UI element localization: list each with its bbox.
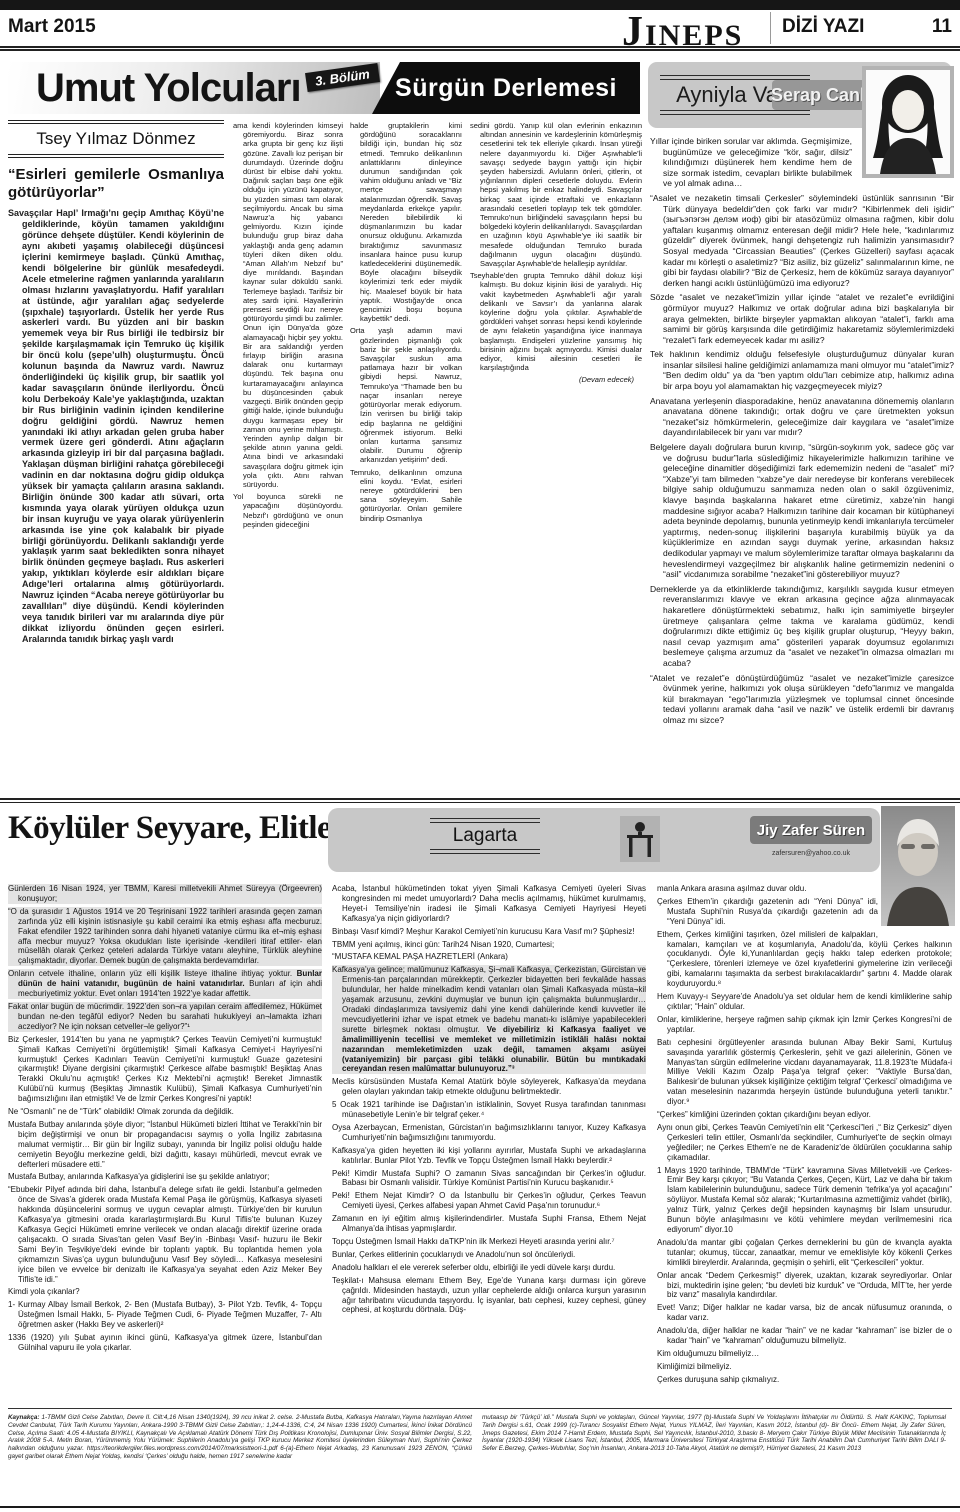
text-segment: Tseyhable’den grupta Temruko dâhil dokuz… — [470, 271, 642, 372]
paragraph: Günlerden 16 Nisan 1924, yer TBMM, Kares… — [8, 884, 322, 904]
paragraph: Batı cephesini örgütleyenler arasında bu… — [657, 1038, 952, 1107]
paragraph: Bunlar, Çerkes elitlerinin çocuklarıydı … — [332, 1250, 646, 1260]
paragraph: 1 Mayıs 1920 tarihinde, TBMM’de “Türk” k… — [657, 1166, 952, 1235]
lead-heading: “Esirleri gemilerle Osmanlıya götürüyorl… — [8, 166, 224, 201]
paragraph: Zamanın en iyi eğitim almış kişilerinden… — [332, 1214, 646, 1234]
text-segment: Kim olduğumuzu bilmeliyiz… — [657, 1349, 759, 1358]
paragraph: Fakat onlar bugün de mücrimdir. 1922’den… — [8, 1002, 322, 1032]
paragraph: “O da şurasıdır 1 Ağustos 1914 ve 20 Teş… — [8, 907, 322, 966]
photo-wrap-spacer — [878, 884, 952, 930]
text-segment: 5 Ocak 1921 tarihinde ise Dağıstan’ın is… — [332, 1100, 646, 1119]
paragraph: 5 Ocak 1921 tarihinde ise Dağıstan’ın is… — [332, 1100, 646, 1120]
text-segment: Teşkilat-ı Mahsusa elemanı Ethem Bey, Eg… — [332, 1276, 646, 1315]
text-segment: Onlar, kimliklerine, herşeye rağmen sahi… — [657, 1015, 952, 1034]
text-segment: Temruko, delikanlının omzuna elini koydu… — [350, 468, 462, 523]
text-segment: Batı cephesini örgütleyenler arasında bu… — [657, 1038, 952, 1106]
text-segment: (Devam edecek) — [579, 375, 634, 384]
paragraph: Temruko, delikanlının omzuna elini koydu… — [350, 468, 462, 523]
text-segment: Evet! Varız; Diğer halklar ne kadar vars… — [657, 1303, 952, 1322]
text-segment: mutaasıp bir ‘Türkçü’ idi.” Mustafa Suph… — [482, 1414, 946, 1452]
paragraph: sedini gördü. Yanıp kül olan evlerinin e… — [470, 121, 642, 268]
text-segment: Kimdi yola çıkanlar? — [8, 1287, 80, 1296]
series-badge-block: Lagarta — [430, 818, 540, 854]
sidebar-paragraphs: Yıllar içinde biriken sorular var aklımd… — [650, 136, 954, 725]
paragraph: Mustafa Butbay anılarında şöyle diyor; “… — [8, 1120, 322, 1170]
double-rule — [430, 849, 540, 854]
lead-body: Savaşçılar Hapl’ Irmağı’nı geçip Amıthaç… — [8, 208, 224, 644]
text-segment: Hem Kuvayy-ı Seyyare’de Anadolu’ya set o… — [657, 992, 952, 1011]
text-segment: Çerkes duruşuna sahip çıkmalıyız. — [657, 1375, 779, 1384]
text-segment: 1 Mayıs 1920 tarihinde, TBMM’de “Türk” k… — [657, 1166, 952, 1234]
paragraph: Kimliğimizi bilmeliyiz. — [657, 1362, 952, 1372]
lagarta-icon — [620, 816, 660, 862]
text-segment: Sözde “asalet ve nezaket”imizin yıllar i… — [650, 292, 954, 344]
paragraph: “Asalet ve nezaketin timsali Çerkesler” … — [650, 193, 954, 288]
header-divider — [770, 12, 771, 44]
text-segment: Anadolu’da, diğer halklar ne kadar “hain… — [657, 1326, 952, 1345]
text-segment: 1336 (1920) yılı Şubat ayının ikinci gün… — [8, 1333, 322, 1352]
paragraph: halde gruptakilerin kimi gördüğünü sorac… — [350, 121, 462, 323]
paragraph: Kim olduğumuzu bilmeliyiz… — [657, 1349, 952, 1359]
paragraph: “MUSTAFA KEMAL PAŞA HAZRETLERİ (Ankara) — [332, 952, 646, 962]
text-segment: Kafkasya’ya gelince; malûmunuz Kafkasya,… — [332, 965, 646, 1033]
paragraph: “Ebubekir Pilyef adında biri daha, İstan… — [8, 1185, 322, 1284]
text-segment: Derneklerde ya da etkinliklerde takındığ… — [650, 584, 954, 668]
paragraph: Tek haklının kendimiz olduğu felsefesiyl… — [650, 349, 954, 391]
feature-banner: Sürgün Derlemesi — [372, 62, 640, 114]
paragraph: Sözde “asalet ve nezaket”imizin yıllar i… — [650, 292, 954, 345]
paragraph: Yol boyunca sürekli ne yapacağını düşünü… — [233, 492, 343, 529]
paragraph: 1- Kurmay Albay İsmail Berkok, 2- Ben (M… — [8, 1300, 322, 1330]
paragraph: Teşkilat-ı Mahsusa elemanı Ethem Bey, Eg… — [332, 1276, 646, 1316]
text-segment: Çerkes Ethem’in çıkardığı gazetenin adı … — [657, 897, 878, 926]
article-column-2: ama kendi köylerinden kimseyi göremiyord… — [233, 121, 343, 809]
text-segment: Zamanın en iyi eğitim almış kişilerinden… — [332, 1214, 646, 1233]
text-segment: Oysa Azerbaycan, Ermenistan, Gürcistan’ı… — [332, 1123, 646, 1142]
text-segment: Ethem, Çerkes kimliğini taşırken, özel m… — [657, 930, 952, 989]
text-segment: Kafkasya’ya giden heyetten iki kişi yoll… — [332, 1146, 646, 1165]
feature-banner-label: Sürgün Derlemesi — [395, 74, 617, 103]
text-segment: Orta yaşlı adamın mavi gözlerinden pişma… — [350, 326, 462, 464]
text-segment: Belgelere dayalı doğrulara burun kıvırıp… — [650, 442, 954, 579]
text-segment: manla Ankara arasına aşılmaz duvar oldu. — [657, 884, 806, 893]
text-segment: Aynı onun gibi, Çerkes Teavün Cemiyeti’n… — [657, 1123, 952, 1162]
text-segment: “O da şurasıdır 1 Ağustos 1914 ve 20 Teş… — [8, 907, 322, 966]
footnotes-right: mutaasıp bir ‘Türkçü’ idi.” Mustafa Suph… — [482, 1414, 946, 1456]
paragraph: Onlar ancak “Dedem Çerkesmiş!” diyerek, … — [657, 1271, 952, 1301]
paragraph: Anavatana yerleşenin diasporadakine, hen… — [650, 396, 954, 438]
header-rule — [0, 46, 960, 51]
top-rule-bar — [0, 0, 960, 10]
paragraph: mutaasıp bir ‘Türkçü’ idi.” Mustafa Suph… — [482, 1414, 946, 1453]
paragraph: Binbaşı Vasıf kimdi? Meşhur Karakol Cemi… — [332, 927, 646, 937]
paragraph: Biz Çerkesler, 1914’ten bu yana ne yapmı… — [8, 1035, 322, 1104]
text-segment: Günlerden 16 Nisan 1924, yer TBMM, Kares… — [8, 884, 322, 903]
text-segment: Anadolu halkları el ele vererek seferber… — [332, 1263, 615, 1272]
text-segment: Meclis kürsüsünden Mustafa Kemal Atatürk… — [332, 1077, 646, 1096]
feature-title: Umut Yolcuları — [8, 66, 301, 111]
paragraph: Onların cetvele ithaline, onların yüz el… — [8, 969, 322, 999]
text-segment: “Ebubekir Pilyef adında biri daha, İstan… — [8, 1185, 322, 1283]
article-column-3: halde gruptakilerin kimi gördüğünü sorac… — [350, 121, 462, 809]
author-email: zafersuren@yahoo.co.uk — [750, 850, 872, 857]
paragraph: Topçu Üsteğmen İsmail Hakkı daTKP’nin il… — [332, 1237, 646, 1247]
bottom-column-2: Acaba, İstanbul hükümetinden tokat yiyen… — [332, 884, 646, 1404]
sidebar-column: Yıllar içinde biriken sorular var aklımd… — [650, 136, 954, 796]
paragraph: Onlar, kimliklerine, herşeye rağmen sahi… — [657, 1015, 952, 1035]
text-segment: Tek haklının kendimiz olduğu felsefesiyl… — [650, 349, 954, 391]
paragraph: Oysa Azerbaycan, Ermenistan, Gürcistan’ı… — [332, 1123, 646, 1143]
page-number: 11 — [932, 16, 952, 38]
text-segment: Topçu Üsteğmen İsmail Hakkı daTKP’nin il… — [332, 1237, 615, 1246]
bottom-column-3-paragraphs: manla Ankara arasına aşılmaz duvar oldu.… — [657, 884, 952, 1385]
paragraph: Meclis kürsüsünden Mustafa Kemal Atatürk… — [332, 1077, 646, 1097]
paragraph: Anadolu halkları el ele vererek seferber… — [332, 1263, 646, 1273]
paragraph: TBMM yeni açılmış, ikinci gün: Tarih24 N… — [332, 940, 646, 950]
text-segment: “MUSTAFA KEMAL PAŞA HAZRETLERİ (Ankara) — [332, 952, 508, 961]
paragraph: Derneklerde ya da etkinliklerde takındığ… — [650, 584, 954, 669]
double-rule — [660, 110, 810, 115]
text-segment: Kimliğimizi bilmeliyiz. — [657, 1362, 732, 1371]
paragraph: “Çerkes” kimliğini üzerinden çoktan çıka… — [657, 1110, 952, 1120]
text-segment: Biz Çerkesler, 1914’ten bu yana ne yapmı… — [8, 1035, 322, 1103]
text-segment: Kaynakça: — [8, 1414, 42, 1421]
paragraph: Savaşçılar Hapl’ Irmağı’nı geçip Amıthaç… — [8, 208, 224, 644]
paragraph: Hem Kuvayy-ı Seyyare’de Anadolu’ya set o… — [657, 992, 952, 1012]
text-segment: Peki! Ethem Nejat Kimdir? O da İstanbull… — [332, 1191, 646, 1210]
newspaper-page: Mart 2015 JINEPS DİZİ YAZI 11 Umut Yolcu… — [0, 0, 960, 1512]
text-segment: 1-TBMM Gizli Celse Zabıtları, Devre II. … — [8, 1414, 472, 1460]
paragraph: Kafkasya’ya giden heyetten iki kişi yoll… — [332, 1146, 646, 1166]
text-segment: Fakat onlar bugün de mücrimdir. 1922’den… — [8, 1002, 322, 1031]
text-segment: Anavatana yerleşenin diasporadakine, hen… — [650, 396, 954, 438]
paragraph: Ne “Osmanlı” ne de “Türk” olabildik! Olm… — [8, 1107, 322, 1117]
bottom-column-3: manla Ankara arasına aşılmaz duvar oldu.… — [657, 884, 952, 1404]
paragraph: Evet! Varız; Diğer halklar ne kadar vars… — [657, 1303, 952, 1323]
text-segment: Mustafa Butbay anılarında şöyle diyor; “… — [8, 1120, 322, 1169]
bottom-author-badge: Jiy Zafer Süren — [750, 816, 872, 844]
paragraph: 1336 (1920) yılı Şubat ayının ikinci gün… — [8, 1333, 322, 1353]
section-label: DİZİ YAZI — [782, 16, 864, 38]
text-segment: 1- Kurmay Albay İsmail Berkok, 2- Ben (M… — [8, 1300, 322, 1329]
article-author: Tsey Yılmaz Dönmez — [8, 120, 224, 158]
paragraph: Orta yaşlı adamın mavi gözlerinden pişma… — [350, 326, 462, 464]
paragraph: (Devam edecek) — [470, 375, 642, 384]
text-segment: Ne “Osmanlı” ne de “Türk” olabildik! Olm… — [8, 1107, 234, 1116]
text-segment: Yıllar içinde biriken sorular var aklımd… — [650, 136, 852, 188]
paragraph: Anadolu’da mantar gibi çoğalan Çerkes de… — [657, 1238, 952, 1268]
issue-date: Mart 2015 — [8, 16, 96, 38]
footnotes-left: Kaynakça: 1-TBMM Gizli Celse Zabıtları, … — [8, 1414, 472, 1464]
section-divider-rule — [0, 798, 960, 803]
paragraph: Peki! Ethem Nejat Kimdir? O da İstanbull… — [332, 1191, 646, 1211]
text-segment: ama kendi köylerinden kimseyi göremiyord… — [233, 121, 343, 489]
text-segment: “Asalet ve nezaketin timsali Çerkesler” … — [650, 193, 954, 288]
text-segment: Acaba, İstanbul hükümetinden tokat yiyen… — [332, 884, 646, 923]
text-segment: “Çerkes” kimliğini üzerinden çoktan çıka… — [657, 1110, 871, 1119]
text-segment: TBMM yeni açılmış, ikinci gün: Tarih24 N… — [332, 940, 554, 949]
text-segment: sedini gördü. Yanıp kül olan evlerinin e… — [470, 121, 642, 268]
text-segment: Savaşçılar Hapl’ Irmağı’nı geçip Amıthaç… — [8, 208, 224, 643]
paragraph: Belgelere dayalı doğrulara burun kıvırıp… — [650, 442, 954, 580]
text-segment: Mustafa Butbay, anılarında Kafkasya’ya g… — [8, 1172, 269, 1181]
bottom-column-1: Günlerden 16 Nisan 1924, yer TBMM, Kares… — [8, 884, 322, 1404]
paragraph: Kimdi yola çıkanlar? — [8, 1287, 322, 1297]
paragraph: Anadolu’da, diğer halklar ne kadar “hain… — [657, 1326, 952, 1346]
article-column-4: sedini gördü. Yanıp kül olan evlerinin e… — [470, 121, 642, 809]
text-segment: “Atalet ve rezalet”e dönüştürdüğümüz “as… — [650, 673, 954, 725]
paragraph: Ethem, Çerkes kimliğini taşırken, özel m… — [657, 930, 952, 989]
paragraph: “Atalet ve rezalet”e dönüştürdüğümüz “as… — [650, 673, 954, 726]
paragraph: Tseyhable’den grupta Temruko dâhil dokuz… — [470, 271, 642, 372]
paragraph: ama kendi köylerinden kimseyi göremiyord… — [233, 121, 343, 489]
article-intro-column: Tsey Yılmaz Dönmez “Esirleri gemilerle O… — [8, 120, 224, 808]
text-segment: Bunlar, Çerkes elitlerinin çocuklarıydı … — [332, 1250, 575, 1259]
paragraph: Kafkasya’ya gelince; malûmunuz Kafkasya,… — [332, 965, 646, 1074]
text-segment: Yol boyunca sürekli ne yapacağını düşünü… — [233, 492, 343, 529]
paragraph: Kaynakça: 1-TBMM Gizli Celse Zabıtları, … — [8, 1414, 472, 1461]
series-badge: Lagarta — [430, 823, 540, 849]
page-bottom-rule — [0, 1506, 960, 1508]
text-segment: Peki! Kimdir Mustafa Suphi? O zamanın Si… — [332, 1169, 646, 1188]
paragraph: Peki! Kimdir Mustafa Suphi? O zamanın Si… — [332, 1169, 646, 1189]
paragraph: Acaba, İstanbul hükümetinden tokat yiyen… — [332, 884, 646, 924]
text-segment: Binbaşı Vasıf kimdi? Meşhur Karakol Cemi… — [332, 927, 635, 936]
text-segment: halde gruptakilerin kimi gördüğünü sorac… — [350, 121, 462, 323]
paragraph: Aynı onun gibi, Çerkes Teavün Cemiyeti’n… — [657, 1123, 952, 1163]
text-segment: Onların cetvele ithaline, onların yüz el… — [8, 969, 297, 978]
paragraph: Çerkes duruşuna sahip çıkmalıyız. — [657, 1375, 952, 1385]
footnotes: Kaynakça: 1-TBMM Gizli Celse Zabıtları, … — [8, 1408, 952, 1464]
text-segment: Onlar ancak “Dedem Çerkesmiş!” diyerek, … — [657, 1271, 952, 1300]
paragraph: Mustafa Butbay, anılarında Kafkasya’ya g… — [8, 1172, 322, 1182]
avatar-wrap-spacer — [852, 136, 954, 180]
text-segment: Anadolu’da mantar gibi çoğalan Çerkes de… — [657, 1238, 952, 1267]
